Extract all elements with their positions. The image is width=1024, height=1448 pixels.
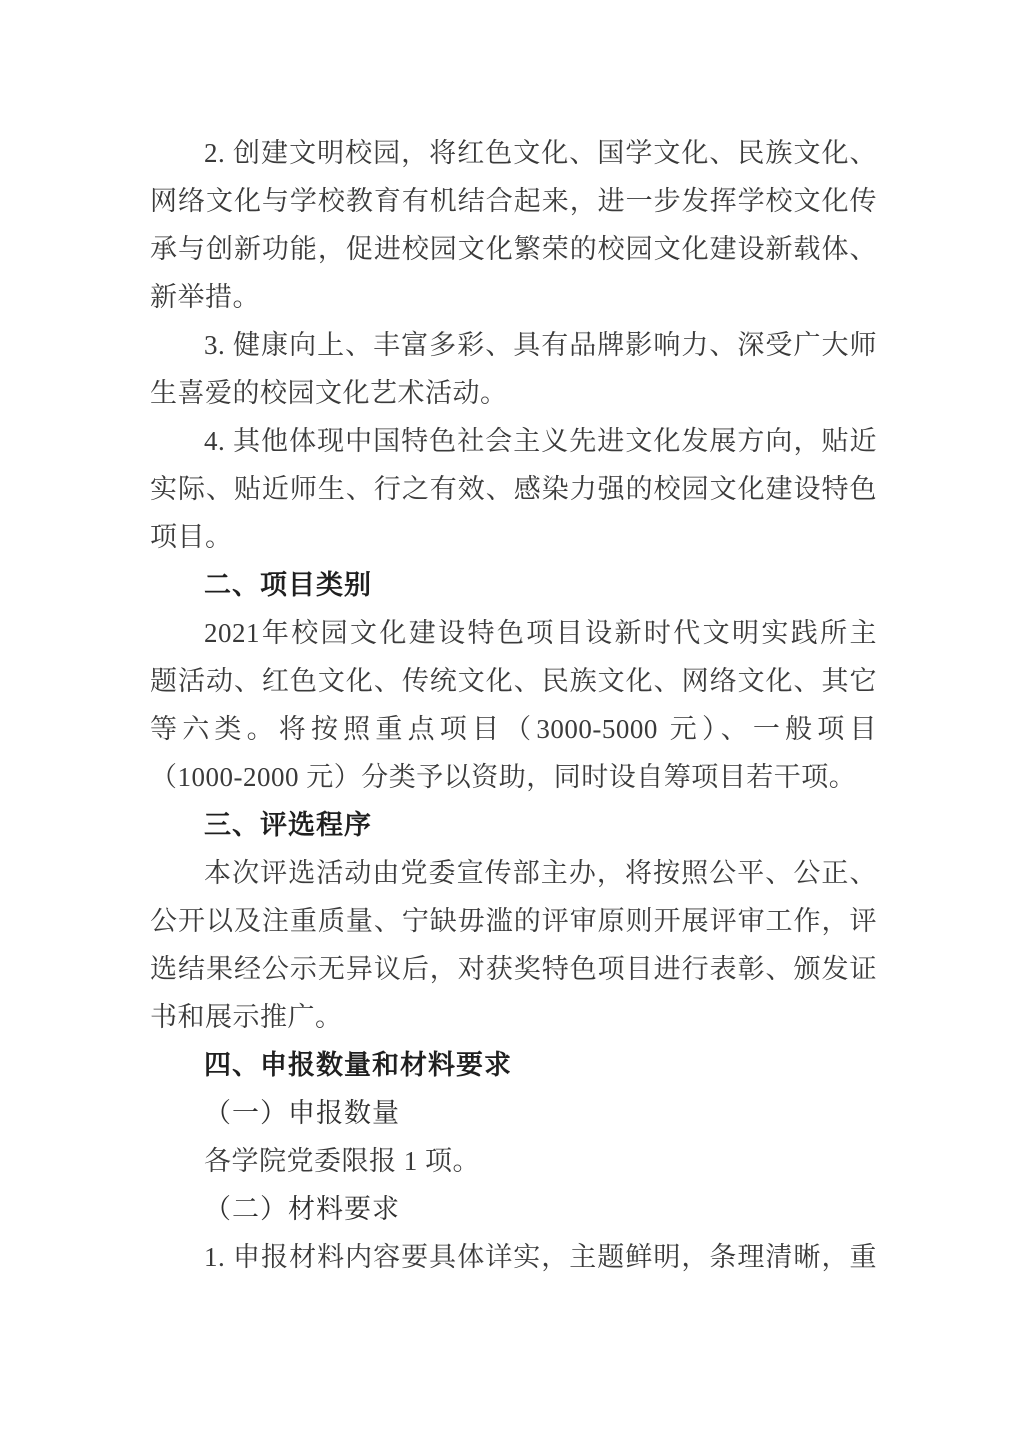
document-content: 2. 创建文明校园，将红色文化、国学文化、民族文化、 网络文化与学校教育有机结合… [150,129,877,1281]
text-line: 承与创新功能，促进校园文化繁荣的校园文化建设新载体、 [150,225,877,273]
text-line: 本次评选活动由党委宣传部主办，将按照公平、公正、 [150,849,877,897]
text-line: 各学院党委限报 1 项。 [150,1137,877,1185]
section-heading-4: 四、申报数量和材料要求 [150,1041,877,1089]
text-line: 题活动、红色文化、传统文化、民族文化、网络文化、其它 [150,657,877,705]
section-heading-3: 三、评选程序 [150,801,877,849]
sub-heading-2: （二）材料要求 [150,1185,877,1233]
text-line: 实际、贴近师生、行之有效、感染力强的校园文化建设特色 [150,465,877,513]
text-line: 网络文化与学校教育有机结合起来，进一步发挥学校文化传 [150,177,877,225]
section-heading-2: 二、项目类别 [150,561,877,609]
text-line: 公开以及注重质量、宁缺毋滥的评审原则开展评审工作，评 [150,897,877,945]
text-line: 书和展示推广。 [150,993,877,1041]
text-line: 等六类。将按照重点项目（3000-5000 元）、一般项目 [150,705,877,753]
text-line: 新举措。 [150,273,877,321]
text-line: 1. 申报材料内容要具体详实，主题鲜明，条理清晰，重 [150,1233,877,1281]
text-line: 2. 创建文明校园，将红色文化、国学文化、民族文化、 [150,129,877,177]
text-line: 2021年校园文化建设特色项目设新时代文明实践所主 [150,609,877,657]
text-line: 3. 健康向上、丰富多彩、具有品牌影响力、深受广大师 [150,321,877,369]
text-line: 项目。 [150,513,877,561]
text-line: 4. 其他体现中国特色社会主义先进文化发展方向，贴近 [150,417,877,465]
text-line: 生喜爱的校园文化艺术活动。 [150,369,877,417]
document-page: 2. 创建文明校园，将红色文化、国学文化、民族文化、 网络文化与学校教育有机结合… [0,0,1024,1448]
text-line: （1000-2000 元）分类予以资助，同时设自筹项目若干项。 [150,753,877,801]
text-line: 选结果经公示无异议后，对获奖特色项目进行表彰、颁发证 [150,945,877,993]
sub-heading-1: （一）申报数量 [150,1089,877,1137]
